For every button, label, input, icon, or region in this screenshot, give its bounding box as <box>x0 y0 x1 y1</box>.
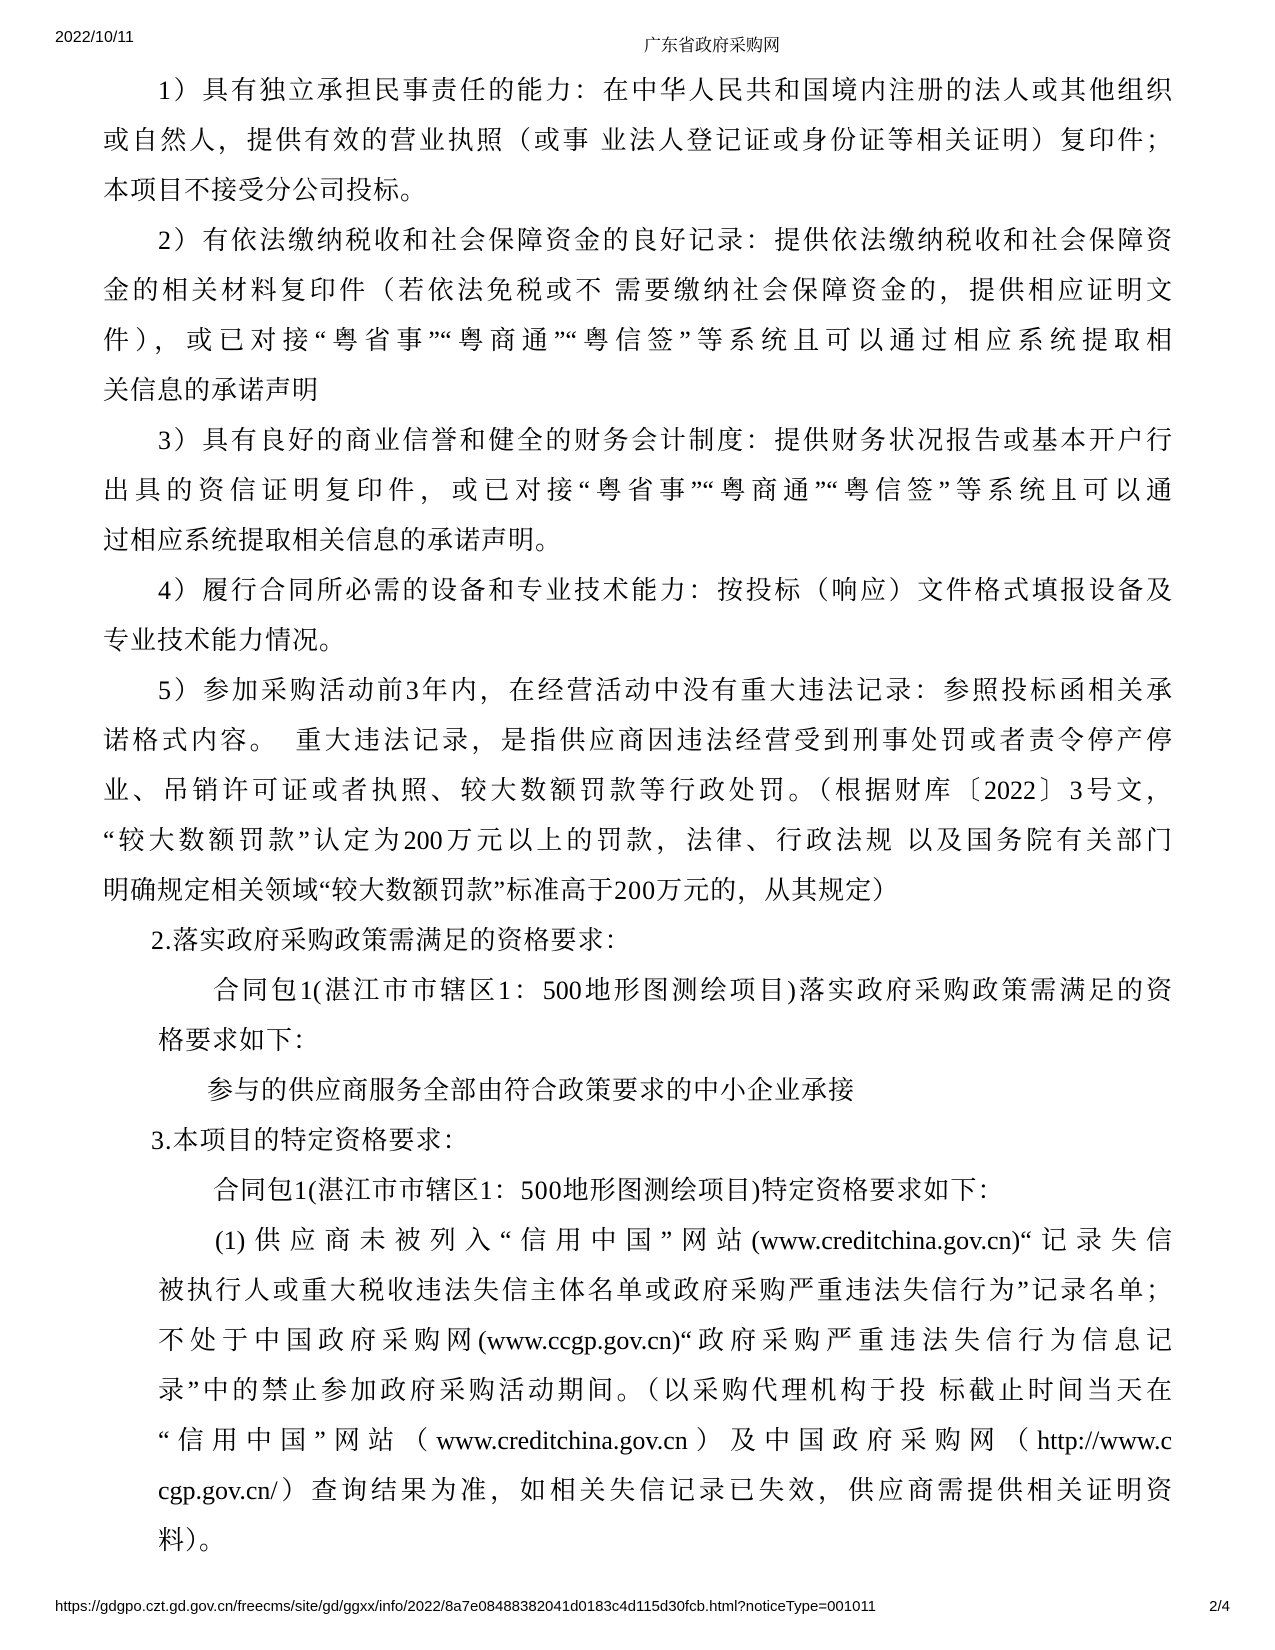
text-line: 出具的资信证明复印件，或已对接“粤省事”“粤商通”“粤信签”等系统且可以通 <box>103 466 1172 516</box>
text-line: 或自然人，提供有效的营业执照（或事 业法人登记证或身份证等相关证明）复印件； <box>103 116 1172 166</box>
text-line: 专业技术能力情况。 <box>103 616 1172 666</box>
text-line: 合同包1(湛江市市辖区1：500地形图测绘项目)落实政府采购政策需满足的资 <box>103 966 1172 1016</box>
text-line: “信用中国”网站（www.creditchina.gov.cn）及中国政府采购网… <box>103 1416 1172 1466</box>
printed-page: 2022/10/11 广东省政府采购网 1）具有独立承担民事责任的能力：在中华人… <box>0 0 1275 1650</box>
text-line: 件），或已对接“粤省事”“粤商通”“粤信签”等系统且可以通过相应系统提取相 <box>103 316 1172 366</box>
text-line: 1）具有独立承担民事责任的能力：在中华人民共和国境内注册的法人或其他组织 <box>103 66 1172 116</box>
text-line: 诺格式内容。 重大违法记录，是指供应商因违法经营受到刑事处罚或者责令停产停 <box>103 716 1172 766</box>
text-line: 过相应系统提取相关信息的承诺声明。 <box>103 516 1172 566</box>
text-line: 3）具有良好的商业信誉和健全的财务会计制度：提供财务状况报告或基本开户行 <box>103 416 1172 466</box>
text-line: 不处于中国政府采购网(www.ccgp.gov.cn)“政府采购严重违法失信行为… <box>103 1316 1172 1366</box>
text-line: “较大数额罚款”认定为200万元以上的罚款，法律、行政法规 以及国务院有关部门 <box>103 816 1172 866</box>
text-line: cgp.gov.cn/）查询结果为准，如相关失信记录已失效，供应商需提供相关证明… <box>103 1466 1172 1516</box>
print-header-site-title: 广东省政府采购网 <box>644 31 780 56</box>
text-line: 料）。 <box>103 1516 1172 1566</box>
text-line: 金的相关材料复印件（若依法免税或不 需要缴纳社会保障资金的，提供相应证明文 <box>103 266 1172 316</box>
text-line: 4）履行合同所必需的设备和专业技术能力：按投标（响应）文件格式填报设备及 <box>103 566 1172 616</box>
print-footer-page-indicator: 2/4 <box>1209 1598 1230 1615</box>
text-line: 3.本项目的特定资格要求： <box>103 1116 1172 1166</box>
print-header-date: 2022/10/11 <box>55 29 134 47</box>
text-line: 5）参加采购活动前3年内，在经营活动中没有重大违法记录：参照投标函相关承 <box>103 666 1172 716</box>
text-line: 参与的供应商服务全部由符合政策要求的中小企业承接 <box>103 1066 1172 1116</box>
text-line: 2）有依法缴纳税收和社会保障资金的良好记录：提供依法缴纳税收和社会保障资 <box>103 216 1172 266</box>
text-line: 格要求如下： <box>103 1016 1172 1066</box>
text-line: 合同包1(湛江市市辖区1：500地形图测绘项目)特定资格要求如下： <box>103 1166 1172 1216</box>
text-line: 被执行人或重大税收违法失信主体名单或政府采购严重违法失信行为”记录名单； <box>103 1266 1172 1316</box>
text-line: 业、吊销许可证或者执照、较大数额罚款等行政处罚。（根据财库〔2022〕3号文， <box>103 766 1172 816</box>
text-line: 2.落实政府采购政策需满足的资格要求： <box>103 916 1172 966</box>
text-line: (1)供应商未被列入“信用中国”网站(www.creditchina.gov.c… <box>103 1216 1172 1266</box>
text-line: 录”中的禁止参加政府采购活动期间。（以采购代理机构于投 标截止时间当天在 <box>103 1366 1172 1416</box>
text-line: 关信息的承诺声明 <box>103 366 1172 416</box>
text-line: 本项目不接受分公司投标。 <box>103 166 1172 216</box>
print-footer-url: https://gdgpo.czt.gd.gov.cn/freecms/site… <box>55 1598 876 1615</box>
text-line: 明确规定相关领域“较大数额罚款”标准高于200万元的，从其规定） <box>103 866 1172 916</box>
document-body: 1）具有独立承担民事责任的能力：在中华人民共和国境内注册的法人或其他组织或自然人… <box>103 66 1172 1566</box>
